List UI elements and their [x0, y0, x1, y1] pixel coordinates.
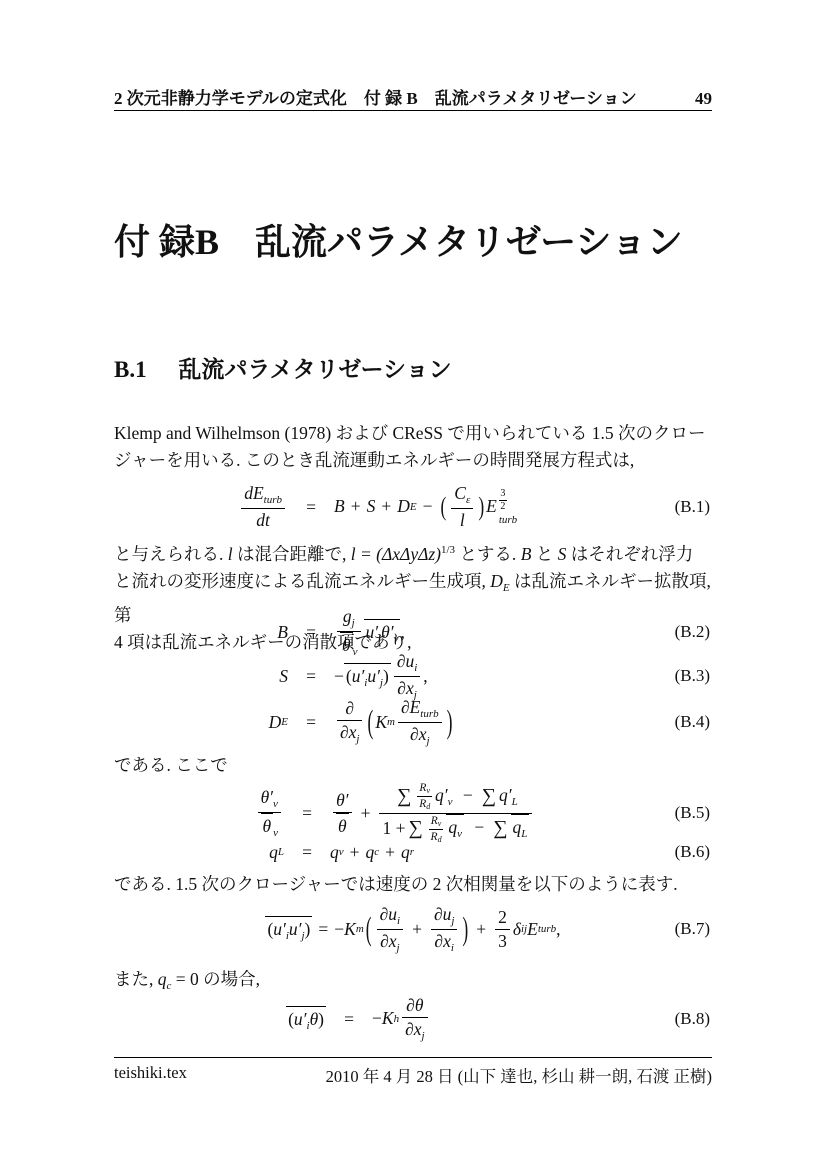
summation-symbol: ∑ — [482, 785, 496, 807]
math-token: E — [486, 496, 497, 517]
paragraph-4: である. 1.5 次のクロージャーでは速度の 2 次相関量を以下のように表す. — [114, 871, 716, 898]
math-fraction: ∂ui ∂xj — [394, 650, 420, 702]
math-token: ∂ — [345, 698, 354, 718]
text-line: と与えられる. l は混合距離で, l = (ΔxΔyΔz)1/3 とする. B… — [114, 537, 716, 568]
subscript: E — [503, 582, 510, 594]
equation-rhs: B + S + DE − ( Cε l ) E 3 2 turb — [334, 482, 517, 531]
equation-tag: (B.5) — [675, 803, 710, 823]
math-token: dE — [244, 483, 263, 503]
equation-lhs: S — [114, 666, 288, 687]
comma: , — [400, 622, 404, 643]
math-token: S — [279, 666, 288, 687]
right-paren: ) — [447, 703, 453, 742]
math-token: u′ — [352, 666, 365, 686]
footer-filename: teishiki.tex — [114, 1063, 187, 1087]
math-fraction: ∂uj ∂xi — [431, 903, 457, 955]
equation-b2: B = gj θv u′jθ′v , (B.2) — [114, 611, 712, 653]
subscript: E — [410, 501, 417, 513]
operator: − — [372, 1008, 382, 1029]
math-token: ∂θ — [406, 995, 423, 1015]
header-title: 2 次元非静力学モデルの定式化 付 録 B 乱流パラメタリゼーション — [114, 84, 637, 109]
text-segment: と流れの変形速度による乱流エネルギー生成項, — [114, 571, 490, 591]
equation-tag: (B.6) — [675, 842, 710, 862]
overline-term: (u′iθ) — [286, 1006, 326, 1033]
text-segment: と与えられる. — [114, 544, 228, 564]
math-token: q′ — [435, 785, 448, 805]
math-token: q — [269, 842, 278, 863]
operator: + — [351, 496, 361, 517]
math-token: g — [343, 606, 352, 626]
text-segment: はそれぞれ浮力 — [566, 544, 693, 564]
math-token: ∂x — [397, 678, 413, 698]
math-token: q — [401, 842, 410, 863]
running-header: 2 次元非静力学モデルの定式化 付 録 B 乱流パラメタリゼーション 49 — [114, 84, 712, 109]
right-paren: ) — [478, 491, 484, 523]
overline-term: qL — [511, 814, 530, 841]
operator: − — [474, 817, 484, 837]
right-paren: ) — [383, 666, 389, 686]
equation-lhs: θ′v θv — [114, 786, 284, 840]
math-token: ∂x — [340, 722, 356, 742]
operator: + — [412, 919, 422, 940]
math-fraction: RvRd — [417, 781, 432, 813]
math-fraction: ∂ ∂xj — [337, 697, 362, 746]
math-token: = (ΔxΔyΔz) — [356, 544, 441, 564]
equals-sign: = — [284, 842, 330, 863]
math-token: C — [454, 483, 466, 503]
operator: + — [350, 842, 360, 863]
equation-rhs: θ′ θ + ∑RvRdq′v −∑q′L 1 +∑RvRdqv −∑qL — [330, 781, 535, 846]
math-token: R — [431, 815, 438, 827]
math-fraction: θ′v θv — [258, 786, 282, 840]
math-token: K — [375, 712, 387, 733]
overline-term: θ — [336, 813, 349, 836]
left-paren: ( — [440, 491, 446, 523]
equation-rhs: qv + qc + qr — [330, 842, 414, 863]
math-token: B — [334, 496, 345, 517]
equation-lhs: DE — [114, 712, 288, 733]
subscript: ε — [466, 494, 470, 506]
equation-b5: θ′v θv = θ′ θ + ∑RvRdq′v −∑q′L 1 +∑RvRdq… — [114, 784, 712, 842]
subscript: i — [451, 942, 454, 954]
math-token: θ′ — [336, 790, 348, 810]
document-page: 2 次元非静力学モデルの定式化 付 録 B 乱流パラメタリゼーション 49 付 … — [0, 0, 826, 1169]
text-segment: = 0 の場合, — [171, 969, 260, 989]
math-token: 3 — [495, 930, 510, 953]
equation-rhs: − Kh ∂θ ∂xj — [372, 994, 431, 1043]
math-fraction: Cε l — [451, 482, 473, 531]
section-heading: B.1 乱流パラメタリゼーション — [114, 351, 452, 384]
subscript: j — [356, 733, 359, 745]
paragraph-3: である. ここで — [114, 752, 716, 779]
equation-tag: (B.1) — [675, 497, 710, 517]
equation-lhs: qL — [114, 842, 284, 863]
subscript: j — [397, 942, 400, 954]
subscript: L — [512, 796, 518, 808]
math-token: δ — [513, 919, 521, 940]
right-paren: ) — [305, 919, 311, 939]
math-token: u′ — [289, 919, 302, 939]
equation-lhs: (u′iθ) — [114, 1006, 326, 1033]
math-fraction: ∑RvRdq′v −∑q′L 1 +∑RvRdqv −∑qL — [379, 781, 532, 846]
math-token: ∂x — [405, 1019, 421, 1039]
subscript: r — [410, 846, 414, 858]
math-token: dt — [253, 509, 273, 532]
equation-b3: S = − (u′iu′j) ∂ui ∂xj , (B.3) — [114, 653, 712, 699]
subscript: turb — [420, 708, 438, 720]
subscript: v — [394, 633, 399, 645]
header-rule — [114, 110, 712, 111]
equation-b4: DE = ∂ ∂xj ( Km ∂Eturb ∂xj ) (B.4) — [114, 697, 712, 747]
math-token: θ — [263, 816, 272, 836]
subscript: m — [356, 923, 364, 935]
math-fraction: ∂ui ∂xj — [377, 903, 403, 955]
subscript: h — [394, 1013, 400, 1025]
left-paren: ( — [367, 703, 373, 742]
math-fraction: 2 3 — [495, 906, 510, 953]
text-segment: と — [531, 544, 557, 564]
left-paren: ( — [366, 910, 372, 949]
footer-date-authors: 2010 年 4 月 28 日 (山下 達也, 杉山 耕一朗, 石渡 正樹) — [326, 1063, 712, 1087]
text-segment: とする. — [455, 544, 521, 564]
subscript: i — [414, 662, 417, 674]
summation-symbol: ∑ — [397, 785, 411, 807]
text-line: Klemp and Wilhelmson (1978) および CReSS で用… — [114, 420, 716, 447]
equation-b7: (u′iu′j) = − Km ( ∂ui ∂xj + ∂uj ∂xi ) + … — [114, 902, 712, 956]
equation-rhs: − (u′iu′j) ∂ui ∂xj , — [334, 650, 428, 702]
math-token: u′ — [294, 1009, 307, 1029]
operator: + — [381, 496, 391, 517]
overline-term: qv — [446, 814, 464, 841]
equation-b8: (u′iθ) = − Kh ∂θ ∂xj (B.8) — [114, 994, 712, 1044]
equals-sign: = — [288, 666, 334, 687]
equals-sign: = — [326, 1009, 372, 1030]
math-fraction: ∂Eturb ∂xj — [398, 696, 442, 748]
math-token: θ′ — [261, 787, 273, 807]
subscript: turb — [264, 494, 282, 506]
text-segment: また, — [114, 969, 158, 989]
math-token: u′ — [273, 919, 286, 939]
equation-tag: (B.4) — [675, 712, 710, 732]
math-token: 2 — [495, 906, 510, 930]
summation-symbol: ∑ — [408, 817, 422, 839]
comma: , — [423, 666, 427, 687]
math-fraction: dEturb dt — [241, 482, 285, 531]
equals-sign: = — [288, 497, 334, 518]
equation-rhs: ∂ ∂xj ( Km ∂Eturb ∂xj ) — [334, 696, 454, 748]
equation-tag: (B.7) — [675, 919, 710, 939]
subscript: v — [438, 819, 442, 828]
subscript: turb — [499, 514, 517, 527]
math-token: ∂x — [434, 931, 450, 951]
math-token: ∂u — [397, 651, 414, 671]
subscript: E — [281, 716, 288, 728]
operator: + — [476, 919, 486, 940]
math-token: S — [367, 496, 376, 517]
math-token: B — [521, 544, 532, 564]
page-number: 49 — [695, 89, 712, 109]
overline-term: u′jθ′v — [364, 619, 401, 646]
math-token: q′ — [499, 785, 512, 805]
subscript: j — [451, 915, 454, 927]
math-token: q — [513, 817, 522, 837]
right-paren: ) — [318, 1009, 324, 1029]
equation-body: (u′iu′j) = − Km ( ∂ui ∂xj + ∂uj ∂xi ) + … — [265, 903, 560, 955]
subscript: v — [339, 846, 344, 858]
math-token: q — [330, 842, 339, 863]
math-token: q — [366, 842, 375, 863]
math-token: K — [344, 919, 356, 940]
subscript: turb — [538, 923, 556, 935]
superscript: 1/3 — [441, 544, 455, 556]
subscript: v — [273, 827, 278, 839]
operator: − — [423, 496, 433, 517]
math-token: 2 — [500, 501, 505, 514]
equals-sign: = — [284, 803, 330, 824]
subscript: j — [426, 735, 429, 747]
math-token: q — [158, 969, 167, 989]
operator: + — [385, 842, 395, 863]
section-title: 乱流パラメタリゼーション — [178, 357, 451, 382]
math-token: ∂x — [380, 931, 396, 951]
comma: , — [556, 919, 560, 940]
operator: − — [334, 919, 344, 940]
math-token: 3 — [499, 488, 507, 502]
equals-sign: = — [318, 919, 328, 940]
math-token: θ — [338, 816, 347, 836]
math-token: D — [490, 571, 503, 591]
footer: teishiki.tex 2010 年 4 月 28 日 (山下 達也, 杉山 … — [114, 1063, 712, 1087]
math-token: ∂E — [401, 697, 420, 717]
text-line: である. 1.5 次のクロージャーでは速度の 2 次相関量を以下のように表す. — [114, 871, 716, 898]
chapter-title: 付 録B 乱流パラメタリゼーション — [114, 214, 683, 265]
operator: − — [463, 785, 473, 805]
math-fraction: ∂θ ∂xj — [402, 994, 427, 1043]
math-token: q — [448, 817, 457, 837]
math-token: D — [269, 712, 282, 733]
equation-b6: qL = qv + qc + qr (B.6) — [114, 839, 712, 865]
math-token: D — [397, 496, 410, 517]
equals-sign: = — [288, 622, 334, 643]
subscript: c — [374, 846, 379, 858]
math-token: u′ — [366, 622, 379, 642]
overline-term: (u′iu′j) — [344, 663, 391, 690]
overline-term: θ — [261, 813, 274, 836]
text-segment: は混合距離で, — [233, 544, 351, 564]
operator: − — [334, 666, 344, 687]
subscript: v — [273, 798, 278, 810]
math-token: ∂u — [380, 904, 397, 924]
math-token: ∂u — [434, 904, 451, 924]
math-token: 1 + — [382, 817, 405, 837]
math-fraction: θ′ θ — [333, 789, 352, 838]
equation-lhs: dEturb dt — [114, 482, 288, 531]
math-token: θ′ — [381, 622, 393, 642]
equation-b1: dEturb dt = B + S + DE − ( Cε l ) E 3 2 — [114, 480, 712, 534]
subscript: v — [426, 786, 430, 795]
section-number: B.1 — [114, 357, 147, 382]
subscript: m — [387, 716, 395, 728]
subscript: j — [352, 617, 355, 629]
subscript: d — [426, 802, 430, 811]
math-token: K — [382, 1008, 394, 1029]
exponent-fraction: 3 2 — [499, 488, 507, 514]
subscript: v — [448, 796, 453, 808]
overline-term: (u′iu′j) — [265, 916, 312, 943]
equation-tag: (B.2) — [675, 622, 710, 642]
equation-tag: (B.3) — [675, 666, 710, 686]
equation-lhs: B — [114, 622, 288, 643]
text-line: ジャーを用いる. このとき乱流運動エネルギーの時間発展方程式は, — [114, 447, 716, 474]
equation-tag: (B.8) — [675, 1009, 710, 1029]
equals-sign: = — [288, 712, 334, 733]
superscript-subscript-stack: 3 2 turb — [499, 488, 517, 527]
math-token: E — [527, 919, 538, 940]
right-paren: ) — [462, 910, 468, 949]
summation-symbol: ∑ — [493, 817, 507, 839]
subscript: j — [421, 1030, 424, 1042]
math-token: ∂x — [410, 724, 426, 744]
math-token: θ — [310, 1009, 319, 1029]
text-line: である. ここで — [114, 752, 716, 779]
paragraph-1: Klemp and Wilhelmson (1978) および CReSS で用… — [114, 420, 716, 474]
operator: + — [361, 803, 371, 824]
math-token: l — [457, 509, 468, 532]
subscript: i — [397, 915, 400, 927]
math-token: u′ — [367, 666, 380, 686]
footer-rule — [114, 1057, 712, 1058]
math-token: B — [277, 622, 288, 643]
